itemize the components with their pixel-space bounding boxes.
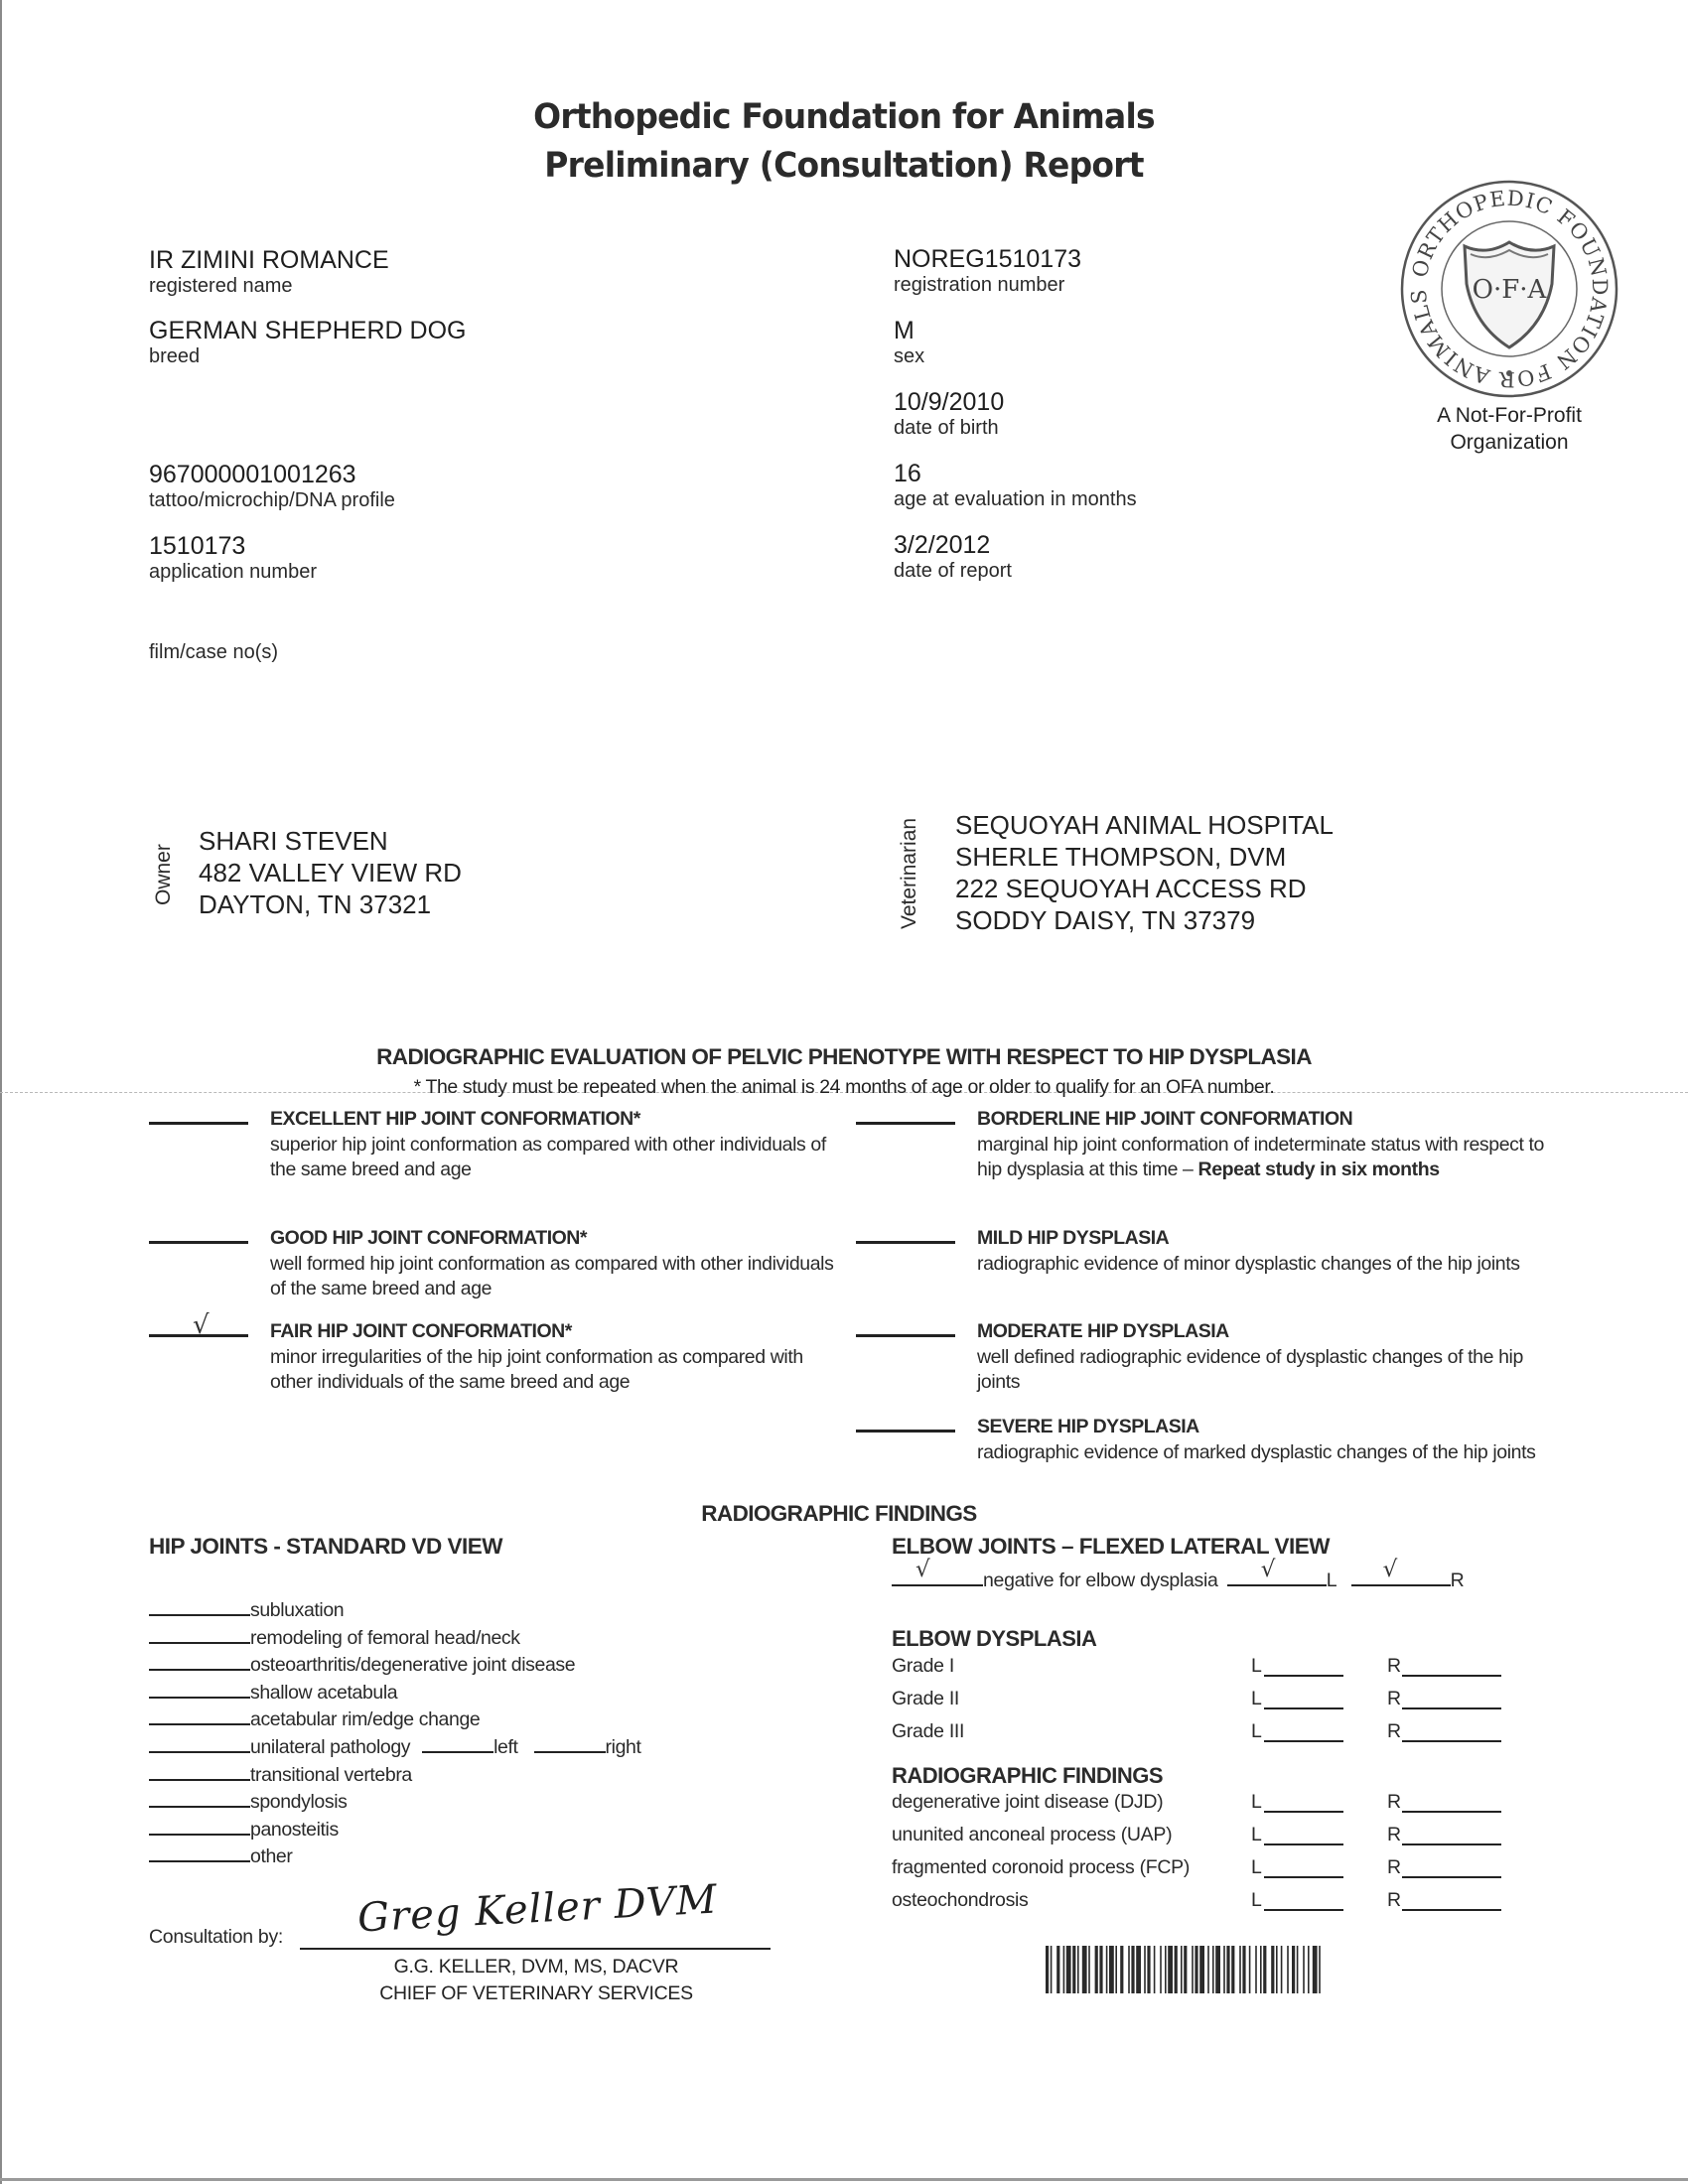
hip-finding-label: panosteitis	[250, 1819, 339, 1841]
unilateral-left-blank[interactable]	[422, 1731, 493, 1753]
hip-finding-item: subluxation	[149, 1594, 344, 1622]
right-blank[interactable]	[1402, 1909, 1501, 1911]
elbow-left-label: L	[1327, 1570, 1336, 1591]
ofa-seal-icon: ORTHOPEDIC FOUNDATION FOR ANIMALS O·F·A	[1397, 177, 1621, 401]
right-blank[interactable]	[1402, 1740, 1501, 1742]
hip-finding-blank[interactable]	[149, 1677, 250, 1699]
scan-edge	[0, 2178, 1688, 2181]
application-number-field: 1510173 application number	[149, 534, 317, 582]
grade-checkbox[interactable]	[856, 1241, 955, 1244]
hip-finding-item: acetabular rim/edge change	[149, 1704, 480, 1731]
hip-finding-label: subluxation	[250, 1599, 344, 1621]
hip-finding-label: spondylosis	[250, 1791, 348, 1813]
left-label: L	[1251, 1688, 1262, 1710]
grade-description: radiographic evidence of minor dysplasti…	[977, 1252, 1553, 1277]
unilateral-left-label: left	[493, 1736, 517, 1758]
hip-finding-label: osteoarthritis/degenerative joint diseas…	[250, 1654, 575, 1676]
hip-grade-option[interactable]: BORDERLINE HIP JOINT CONFORMATIONmargina…	[856, 1108, 1491, 1207]
grade-title: MODERATE HIP DYSPLASIA	[977, 1320, 1229, 1343]
hip-finding-blank[interactable]	[149, 1786, 250, 1808]
hip-grade-option[interactable]: MODERATE HIP DYSPLASIAwell defined radio…	[856, 1320, 1491, 1420]
microchip-label: tattoo/microchip/DNA profile	[149, 490, 395, 510]
left-blank[interactable]	[1264, 1707, 1343, 1709]
hip-finding-label: transitional vertebra	[250, 1764, 412, 1786]
sex-field: M sex	[894, 319, 924, 366]
right-blank[interactable]	[1402, 1707, 1501, 1709]
grade-description: well formed hip joint conformation as co…	[270, 1252, 846, 1301]
vet-city: SODDY DAISY, TN 37379	[955, 904, 1334, 936]
report-date-label: date of report	[894, 561, 1012, 581]
hip-finding-item: spondylosis	[149, 1786, 348, 1814]
registered-name-value: IR ZIMINI ROMANCE	[149, 248, 389, 273]
registered-name-label: registered name	[149, 276, 389, 296]
hip-grade-option[interactable]: GOOD HIP JOINT CONFORMATION*well formed …	[149, 1227, 784, 1326]
hip-finding-label: acetabular rim/edge change	[250, 1708, 480, 1730]
consultant-name: G.G. KELLER, DVM, MS, DACVR	[298, 1956, 774, 1979]
right-label: R	[1387, 1791, 1401, 1814]
elbow-grade-label: Grade I	[892, 1655, 954, 1678]
elbow-grade-label: Grade III	[892, 1720, 964, 1743]
grade-title: BORDERLINE HIP JOINT CONFORMATION	[977, 1108, 1352, 1131]
hip-finding-item: transitional vertebra	[149, 1759, 412, 1787]
hip-finding-item: unilateral pathologyleftright	[149, 1731, 640, 1759]
breed-value: GERMAN SHEPHERD DOG	[149, 319, 466, 343]
veterinarian-address: SEQUOYAH ANIMAL HOSPITAL SHERLE THOMPSON…	[955, 809, 1334, 936]
hip-finding-blank[interactable]	[149, 1594, 250, 1616]
microchip-value: 967000001001263	[149, 463, 395, 487]
check-mark-icon: √	[193, 1310, 210, 1340]
nonprofit-caption-line1: A Not-For-Profit	[1390, 402, 1628, 429]
elbow-negative-row: √negative for elbow dysplasia √L √R	[892, 1563, 1464, 1592]
hip-finding-blank[interactable]	[149, 1841, 250, 1862]
right-label: R	[1387, 1824, 1401, 1846]
elbow-finding-row: osteochondrosisLR	[892, 1889, 1507, 1919]
right-label: R	[1387, 1688, 1401, 1710]
left-blank[interactable]	[1264, 1811, 1343, 1813]
grade-title: MILD HIP DYSPLASIA	[977, 1227, 1169, 1250]
signature: Greg Keller DVM	[356, 1877, 719, 1942]
left-label: L	[1251, 1856, 1262, 1879]
barcode-icon	[1046, 1946, 1425, 1993]
left-label: L	[1251, 1720, 1262, 1743]
elbow-grade-row: Grade IILR	[892, 1688, 1507, 1717]
hip-finding-blank[interactable]	[149, 1759, 250, 1781]
vet-hospital: SEQUOYAH ANIMAL HOSPITAL	[955, 809, 1334, 841]
grade-checkbox[interactable]	[856, 1430, 955, 1433]
check-mark-icon: √	[1383, 1557, 1397, 1582]
grade-description: radiographic evidence of marked dysplast…	[977, 1440, 1553, 1465]
left-label: L	[1251, 1655, 1262, 1678]
hip-finding-blank[interactable]	[149, 1731, 250, 1753]
owner-address: SHARI STEVEN 482 VALLEY VIEW RD DAYTON, …	[199, 825, 462, 920]
sex-value: M	[894, 319, 924, 343]
elbow-finding-label: osteochondrosis	[892, 1889, 1029, 1912]
hip-finding-item: remodeling of femoral head/neck	[149, 1622, 520, 1650]
elbow-grade-row: Grade ILR	[892, 1655, 1507, 1685]
grade-checkbox[interactable]	[149, 1241, 248, 1244]
hip-joints-title: HIP JOINTS - STANDARD VD VIEW	[149, 1534, 502, 1560]
hip-finding-item: other	[149, 1841, 292, 1868]
hip-finding-blank[interactable]	[149, 1622, 250, 1644]
right-label: R	[1387, 1655, 1401, 1678]
consultant-position: CHIEF OF VETERINARY SERVICES	[298, 1982, 774, 2005]
elbow-negative-checkbox[interactable]: √	[892, 1563, 983, 1586]
elbow-finding-label: fragmented coronoid process (FCP)	[892, 1856, 1190, 1879]
seal-shield-text: O·F·A	[1473, 275, 1548, 305]
grade-description: marginal hip joint conformation of indet…	[977, 1133, 1553, 1182]
right-blank[interactable]	[1402, 1811, 1501, 1813]
left-label: L	[1251, 1791, 1262, 1814]
registration-number-field: NOREG1510173 registration number	[894, 247, 1081, 295]
right-blank[interactable]	[1402, 1843, 1501, 1845]
unilateral-right-label: right	[606, 1736, 641, 1758]
left-label: L	[1251, 1889, 1262, 1912]
right-blank[interactable]	[1402, 1675, 1501, 1677]
elbow-finding-row: fragmented coronoid process (FCP)LR	[892, 1856, 1507, 1886]
hip-finding-blank[interactable]	[149, 1649, 250, 1671]
application-number-value: 1510173	[149, 534, 317, 559]
vet-street: 222 SEQUOYAH ACCESS RD	[955, 873, 1334, 904]
elbow-grade-row: Grade IIILR	[892, 1720, 1507, 1750]
dob-label: date of birth	[894, 418, 1004, 438]
owner-name: SHARI STEVEN	[199, 825, 462, 857]
hip-grade-option[interactable]: MILD HIP DYSPLASIAradiographic evidence …	[856, 1227, 1491, 1326]
breed-label: breed	[149, 346, 466, 366]
grade-checkbox[interactable]	[856, 1122, 955, 1125]
left-blank[interactable]	[1264, 1876, 1343, 1878]
elbow-right-checkbox[interactable]: √	[1351, 1563, 1451, 1586]
registration-number-label: registration number	[894, 275, 1081, 295]
check-mark-icon: √	[915, 1557, 929, 1582]
hip-finding-label: other	[250, 1845, 292, 1867]
dob-value: 10/9/2010	[894, 390, 1004, 415]
hip-grade-option[interactable]: EXCELLENT HIP JOINT CONFORMATION*superio…	[149, 1108, 784, 1207]
application-number-label: application number	[149, 562, 317, 582]
consultation-label: Consultation by:	[149, 1926, 283, 1949]
right-label: R	[1387, 1720, 1401, 1743]
elbow-finding-row: degenerative joint disease (DJD)LR	[892, 1791, 1507, 1821]
grade-title: SEVERE HIP DYSPLASIA	[977, 1416, 1199, 1438]
dob-field: 10/9/2010 date of birth	[894, 390, 1004, 438]
sex-label: sex	[894, 346, 924, 366]
elbow-grade-label: Grade II	[892, 1688, 959, 1710]
report-date-field: 3/2/2012 date of report	[894, 533, 1012, 581]
grade-checkbox[interactable]	[856, 1334, 955, 1337]
owner-street: 482 VALLEY VIEW RD	[199, 857, 462, 888]
grade-description: well defined radiographic evidence of dy…	[977, 1345, 1553, 1395]
hip-finding-item: shallow acetabula	[149, 1677, 397, 1705]
check-mark-icon: √	[1261, 1557, 1275, 1582]
left-blank[interactable]	[1264, 1675, 1343, 1677]
hip-grade-option[interactable]: SEVERE HIP DYSPLASIAradiographic evidenc…	[856, 1416, 1491, 1515]
microchip-field: 967000001001263 tattoo/microchip/DNA pro…	[149, 463, 395, 510]
registration-number-value: NOREG1510173	[894, 247, 1081, 272]
hip-finding-label: unilateral pathology	[250, 1736, 410, 1758]
hip-finding-label: shallow acetabula	[250, 1682, 397, 1704]
evaluation-title: RADIOGRAPHIC EVALUATION OF PELVIC PHENOT…	[0, 1044, 1688, 1070]
veterinarian-label: Veterinarian	[898, 818, 921, 929]
elbow-dysplasia-title: ELBOW DYSPLASIA	[892, 1626, 1096, 1652]
registered-name-field: IR ZIMINI ROMANCE registered name	[149, 248, 389, 296]
hip-grade-option[interactable]: √FAIR HIP JOINT CONFORMATION*minor irreg…	[149, 1320, 784, 1420]
evaluation-note: * The study must be repeated when the an…	[0, 1076, 1688, 1099]
grade-description: minor irregularities of the hip joint co…	[270, 1345, 846, 1395]
hip-finding-item: panosteitis	[149, 1814, 339, 1842]
elbow-finding-label: ununited anconeal process (UAP)	[892, 1824, 1172, 1846]
hip-finding-label: remodeling of femoral head/neck	[250, 1627, 520, 1649]
hip-finding-item: osteoarthritis/degenerative joint diseas…	[149, 1649, 575, 1677]
grade-checkbox[interactable]	[149, 1122, 248, 1125]
unilateral-right-blank[interactable]	[534, 1731, 606, 1753]
elbow-negative-label: negative for elbow dysplasia	[983, 1570, 1218, 1591]
film-case-label: film/case no(s)	[149, 642, 278, 662]
report-date-value: 3/2/2012	[894, 533, 1012, 558]
film-case-field: film/case no(s)	[149, 639, 278, 662]
left-blank[interactable]	[1264, 1740, 1343, 1742]
right-label: R	[1387, 1889, 1401, 1912]
grade-title: EXCELLENT HIP JOINT CONFORMATION*	[270, 1108, 640, 1131]
elbow-finding-row: ununited anconeal process (UAP)LR	[892, 1824, 1507, 1853]
hip-finding-blank[interactable]	[149, 1704, 250, 1725]
age-value: 16	[894, 462, 1137, 486]
grade-description: superior hip joint conformation as compa…	[270, 1133, 846, 1182]
left-blank[interactable]	[1264, 1843, 1343, 1845]
breed-field: GERMAN SHEPHERD DOG breed	[149, 319, 466, 366]
owner-city: DAYTON, TN 37321	[199, 888, 462, 920]
elbow-finding-label: degenerative joint disease (DJD)	[892, 1791, 1163, 1814]
signature-line	[300, 1948, 771, 1950]
owner-label: Owner	[152, 844, 176, 905]
findings-title: RADIOGRAPHIC FINDINGS	[0, 1501, 1683, 1527]
page-title: Orthopedic Foundation for Animals	[51, 97, 1637, 137]
left-blank[interactable]	[1264, 1909, 1343, 1911]
right-label: R	[1387, 1856, 1401, 1879]
hip-finding-blank[interactable]	[149, 1814, 250, 1836]
age-field: 16 age at evaluation in months	[894, 462, 1137, 509]
grade-title: GOOD HIP JOINT CONFORMATION*	[270, 1227, 587, 1250]
nonprofit-caption-line2: Organization	[1390, 429, 1628, 456]
nonprofit-caption: A Not-For-Profit Organization	[1390, 402, 1628, 456]
right-blank[interactable]	[1402, 1876, 1501, 1878]
elbow-findings-title: RADIOGRAPHIC FINDINGS	[892, 1763, 1163, 1789]
elbow-left-checkbox[interactable]: √	[1227, 1563, 1327, 1586]
age-label: age at evaluation in months	[894, 489, 1137, 509]
left-label: L	[1251, 1824, 1262, 1846]
vet-name: SHERLE THOMPSON, DVM	[955, 841, 1334, 873]
elbow-right-label: R	[1451, 1570, 1465, 1591]
grade-title: FAIR HIP JOINT CONFORMATION*	[270, 1320, 572, 1343]
